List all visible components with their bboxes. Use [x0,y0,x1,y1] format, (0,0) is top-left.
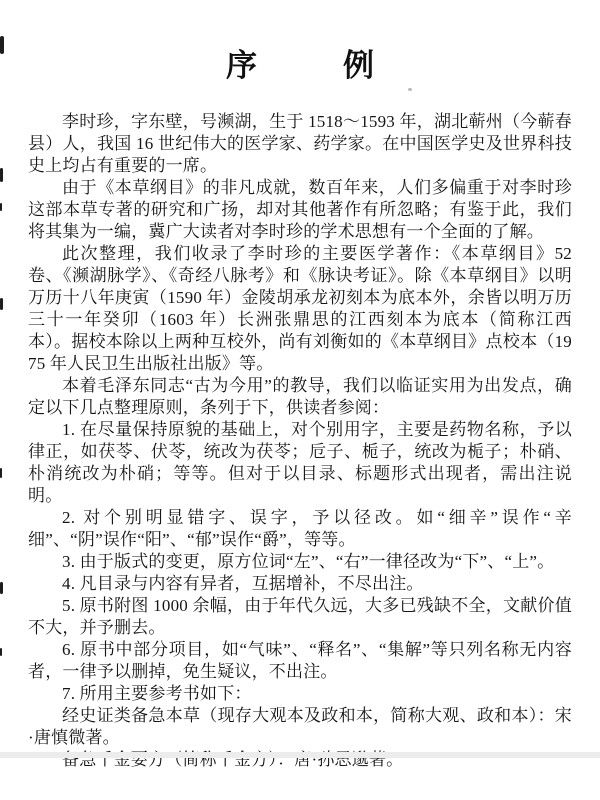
scan-speck [408,88,412,91]
rule-item-1: 1. 在尽量保持原貌的基础上，对个别用字，主要是药物名称，予以律正，如茯苓、伏苓… [28,419,572,507]
scan-artifact [0,468,2,478]
paragraph-editions: 此次整理，我们收录了李时珍的主要医学著作：《本草纲目》52 卷、《濒湖脉学》、《… [28,243,572,375]
page-title: 序 例 [28,40,572,85]
scan-bottom-shade [0,752,600,758]
rule-item-7: 7. 所用主要参考书如下： [28,683,572,705]
rule-item-5: 5. 原书附图 1000 余幅，由于年代久远，大多已残缺不全，文献价值不大，并予… [28,595,572,639]
scan-artifact [0,298,3,310]
paragraph-principles-intro: 本着毛泽东同志“古为今用”的教导，我们以临证实用为出发点，确定以下几点整理原则，… [28,375,572,419]
paragraph-biography: 李时珍，字东壁，号濒湖，生于 1518～1593 年，湖北蕲州（今蕲春县）人，我… [28,111,572,177]
reference-book-1: 经史证类备急本草（现存大观本及政和本，简称大观、政和本）：宋·唐慎微著。 [28,705,572,749]
rule-item-2: 2. 对个别明显错字、误字，予以径改。如“细辛”误作“辛细”、“阴”误作“阳”、… [28,507,572,551]
rule-item-3: 3. 由于版式的变更，原方位词“左”、“右”一律径改为“下”、“上”。 [28,551,572,573]
scan-artifact [0,36,4,54]
scan-artifact [0,168,3,182]
paragraph-background: 由于《本草纲目》的非凡成就，数百年来，人们多偏重于对李时珍这部本草专著的研究和广… [28,177,572,243]
scan-artifact [0,648,2,656]
rule-item-6: 6. 原书中部分项目，如“气味”、“释名”、“集解”等只列名称无内容者，一律予以… [28,639,572,683]
scan-artifact [0,203,2,211]
rule-item-4: 4. 凡目录与内容有异者，互据增补，不尽出注。 [28,573,572,595]
scan-artifact [0,582,3,594]
scanned-book-page: 序 例 李时珍，字东壁，号濒湖，生于 1518～1593 年，湖北蕲州（今蕲春县… [0,0,600,800]
